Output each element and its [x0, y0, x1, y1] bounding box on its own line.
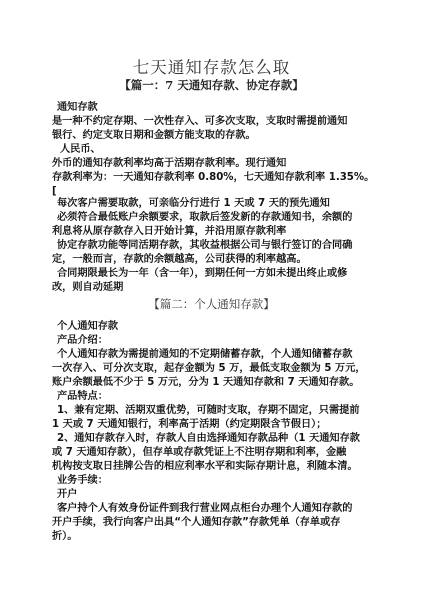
text-line: 是一种不约定存期、一次性存入、可多次支取，支取时需提前通知	[52, 115, 382, 128]
document-page: 七天通知存款怎么取 【篇一：7 天通知存款、协定存款】 通知存款 是一种不约定存…	[0, 0, 423, 600]
text-line: 定，一般而言，存款的余额越高，公司获得的利率越高。	[52, 253, 382, 266]
paragraph-heading: 产品介绍：	[57, 334, 387, 347]
text-line: 1 天或 7 天通知银行，利率高于活期（约定期限含节假日）；	[52, 418, 382, 431]
text-line: 每次客户需要取款，可亲临分行进行 1 天或 7 天的预先通知	[57, 197, 387, 210]
paragraph-heading: 开户	[57, 488, 387, 501]
text-line: 利息将从原存款存入日开始计算，并沿用原存款利率	[52, 225, 382, 238]
text-line: 一次存入、可分次支取，起存金额为 5 万，最低支取金额为 5 万元，	[52, 362, 382, 375]
paragraph-heading: 业务手续：	[57, 474, 387, 487]
paragraph-heading: 通知存款	[57, 101, 387, 114]
text-line: 改，则自动延期	[52, 281, 382, 294]
text-line: 2、通知存款存入时，存款人自由选择通知存款品种（1 天通知存款	[57, 432, 387, 445]
text-line: 人民币、	[60, 143, 390, 156]
section-heading-1: 【篇一：7 天通知存款、协定存款】	[0, 77, 423, 93]
paragraph-heading: 产品特点：	[57, 390, 387, 403]
document-title: 七天通知存款怎么取	[0, 54, 423, 78]
text-line: 协定存款功能等同活期存款，其收益根据公司与银行签订的合同确	[57, 239, 387, 252]
text-line: 合同期限最长为一年（含一年），到期任何一方如未提出终止或修	[57, 267, 387, 280]
text-line: 个人通知存款为需提前通知的不定期储蓄存款，个人通知储蓄存款	[57, 348, 387, 361]
text-line: 开户手续，我行向客户出具“个人通知存款”存款凭单（存单或存	[52, 516, 382, 529]
paragraph-heading: 个人通知存款	[57, 320, 387, 333]
text-line: 1、兼有定期、活期双重优势，可随时支取，存期不固定，只需提前	[57, 404, 387, 417]
text-line: 账户余额最低不少于 5 万元，分为 1 天通知存款和 7 天通知存款。	[52, 376, 382, 389]
text-line: 银行、约定支取日期和金额方能支取的存款。	[52, 129, 382, 142]
text-line: 外币的通知存款利率均高于活期存款利率。现行通知	[52, 157, 382, 170]
text-line: 必须符合最低账户余额要求，取款后签发新的存款通知书，余额的	[57, 211, 387, 224]
section-heading-2: 【篇二：个人通知存款】	[0, 296, 423, 312]
text-line: 客户持个人有效身份证件到我行营业网点柜台办理个人通知存款的	[57, 502, 387, 515]
text-line: 机构按支取日挂牌公告的相应利率水平和实际存期计息，利随本清。	[52, 460, 382, 473]
text-line: 折）。	[52, 530, 382, 543]
text-line: 存款利率为：一天通知存款利率 0.80%，七天通知存款利率 1.35%。	[52, 171, 382, 184]
text-line: 或 7 天通知存款），但存单或存款凭证上不注明存期和利率，金融	[52, 446, 382, 459]
